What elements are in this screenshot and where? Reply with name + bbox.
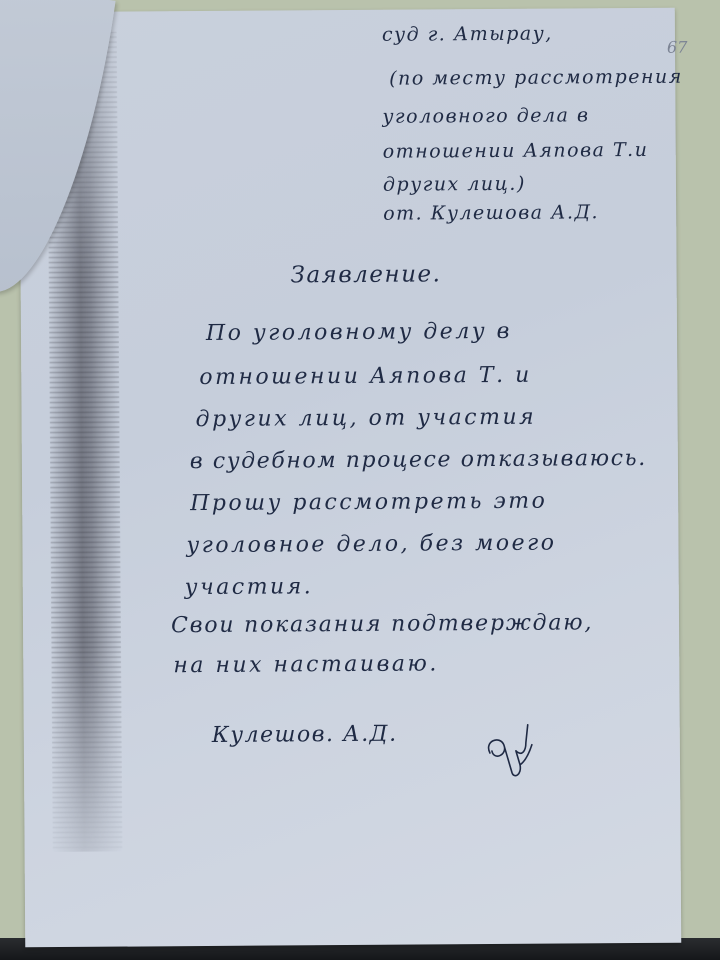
- header-line: отношении Аяпова Т.и: [383, 139, 649, 163]
- header-line: суд г. Атырау,: [382, 23, 553, 46]
- statement-body: По уголовному делу в отношении Аяпова Т.…: [19, 8, 675, 13]
- body-line: Свои показания подтверждаю,: [171, 610, 593, 638]
- header-line: уголовного дела в: [382, 104, 589, 127]
- header-line: других лиц.): [383, 173, 526, 196]
- body-line: других лиц, от участия: [196, 405, 537, 432]
- body-line: на них настаиваю.: [173, 651, 439, 678]
- body-line: участия.: [185, 574, 314, 600]
- page-number: 67: [667, 38, 687, 57]
- header-line: (по месту рассмотрения: [389, 66, 683, 90]
- body-line: По уголовному делу в: [206, 319, 512, 346]
- signatory-name: Кулешов. А.Д.: [212, 722, 398, 748]
- body-line: Прошу рассмотреть это: [190, 489, 547, 516]
- document-page: 67 суд г. Атырау, (по месту рассмотрения…: [19, 8, 682, 948]
- document-title: Заявление.: [290, 261, 441, 288]
- body-line: в судебном процесе отказываюсь.: [190, 446, 647, 474]
- body-line: отношении Аяпова Т. и: [199, 363, 532, 390]
- addressee-block: суд г. Атырау, (по месту рассмотрения уг…: [19, 8, 675, 13]
- signature-icon: [482, 721, 542, 781]
- sender-line: от. Кулешова А.Д.: [383, 201, 599, 225]
- body-line: уголовное дело, без моего: [186, 531, 556, 559]
